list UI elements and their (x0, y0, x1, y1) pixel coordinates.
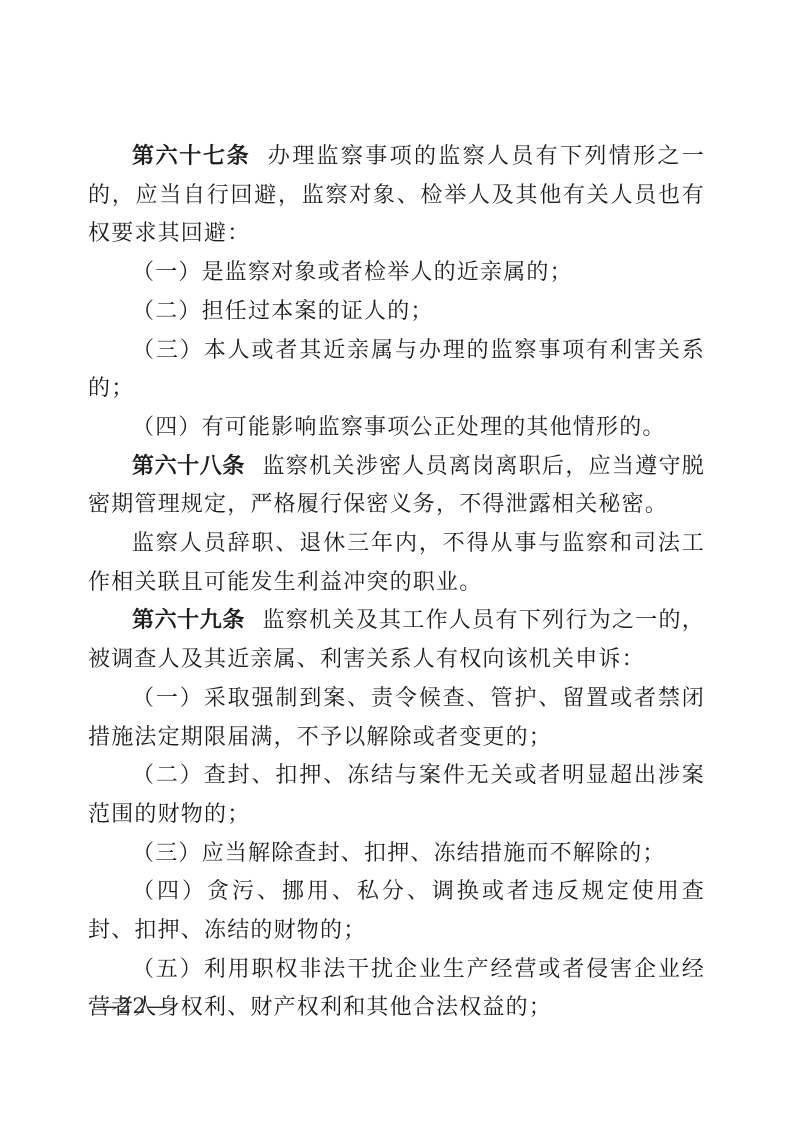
article-69-number: 第六十九条 (132, 608, 245, 633)
article-67-item-3: （三）本人或者其近亲属与办理的监察事项有利害关系的； (88, 332, 705, 409)
article-67-item-1: （一）是监察对象或者检举人的近亲属的； (88, 254, 705, 293)
article-69-item-3: （三）应当解除查封、扣押、冻结措施而不解除的； (88, 835, 705, 874)
page-number: —22— (96, 994, 169, 1018)
article-67-number: 第六十七条 (132, 144, 250, 169)
document-page: 第六十七条办理监察事项的监察人员有下列情形之一的，应当自行回避，监察对象、检举人… (0, 0, 793, 1122)
article-69-item-4: （四）贪污、挪用、私分、调换或者违反规定使用查封、扣押、冻结的财物的； (88, 873, 705, 950)
article-68-number: 第六十八条 (132, 454, 245, 479)
article-67-item-2: （二）担任过本案的证人的； (88, 293, 705, 332)
document-body: 第六十七条办理监察事项的监察人员有下列情形之一的，应当自行回避，监察对象、检举人… (88, 138, 705, 1028)
paragraph-article-69: 第六十九条监察机关及其工作人员有下列行为之一的，被调查人及其近亲属、利害关系人有… (88, 602, 705, 679)
article-69-item-2: （二）查封、扣押、冻结与案件无关或者明显超出涉案范围的财物的； (88, 757, 705, 834)
article-68-paragraph-2: 监察人员辞职、退休三年内，不得从事与监察和司法工作相关联且可能发生利益冲突的职业… (88, 525, 705, 602)
article-69-item-5: （五）利用职权非法干扰企业生产经营或者侵害企业经营者人身权利、财产权利和其他合法… (88, 951, 705, 1028)
article-67-item-4: （四）有可能影响监察事项公正处理的其他情形的。 (88, 409, 705, 448)
article-69-item-1: （一）采取强制到案、责令候查、管护、留置或者禁闭措施法定期限届满，不予以解除或者… (88, 680, 705, 757)
paragraph-article-68: 第六十八条监察机关涉密人员离岗离职后，应当遵守脱密期管理规定，严格履行保密义务，… (88, 448, 705, 525)
paragraph-article-67: 第六十七条办理监察事项的监察人员有下列情形之一的，应当自行回避，监察对象、检举人… (88, 138, 705, 254)
